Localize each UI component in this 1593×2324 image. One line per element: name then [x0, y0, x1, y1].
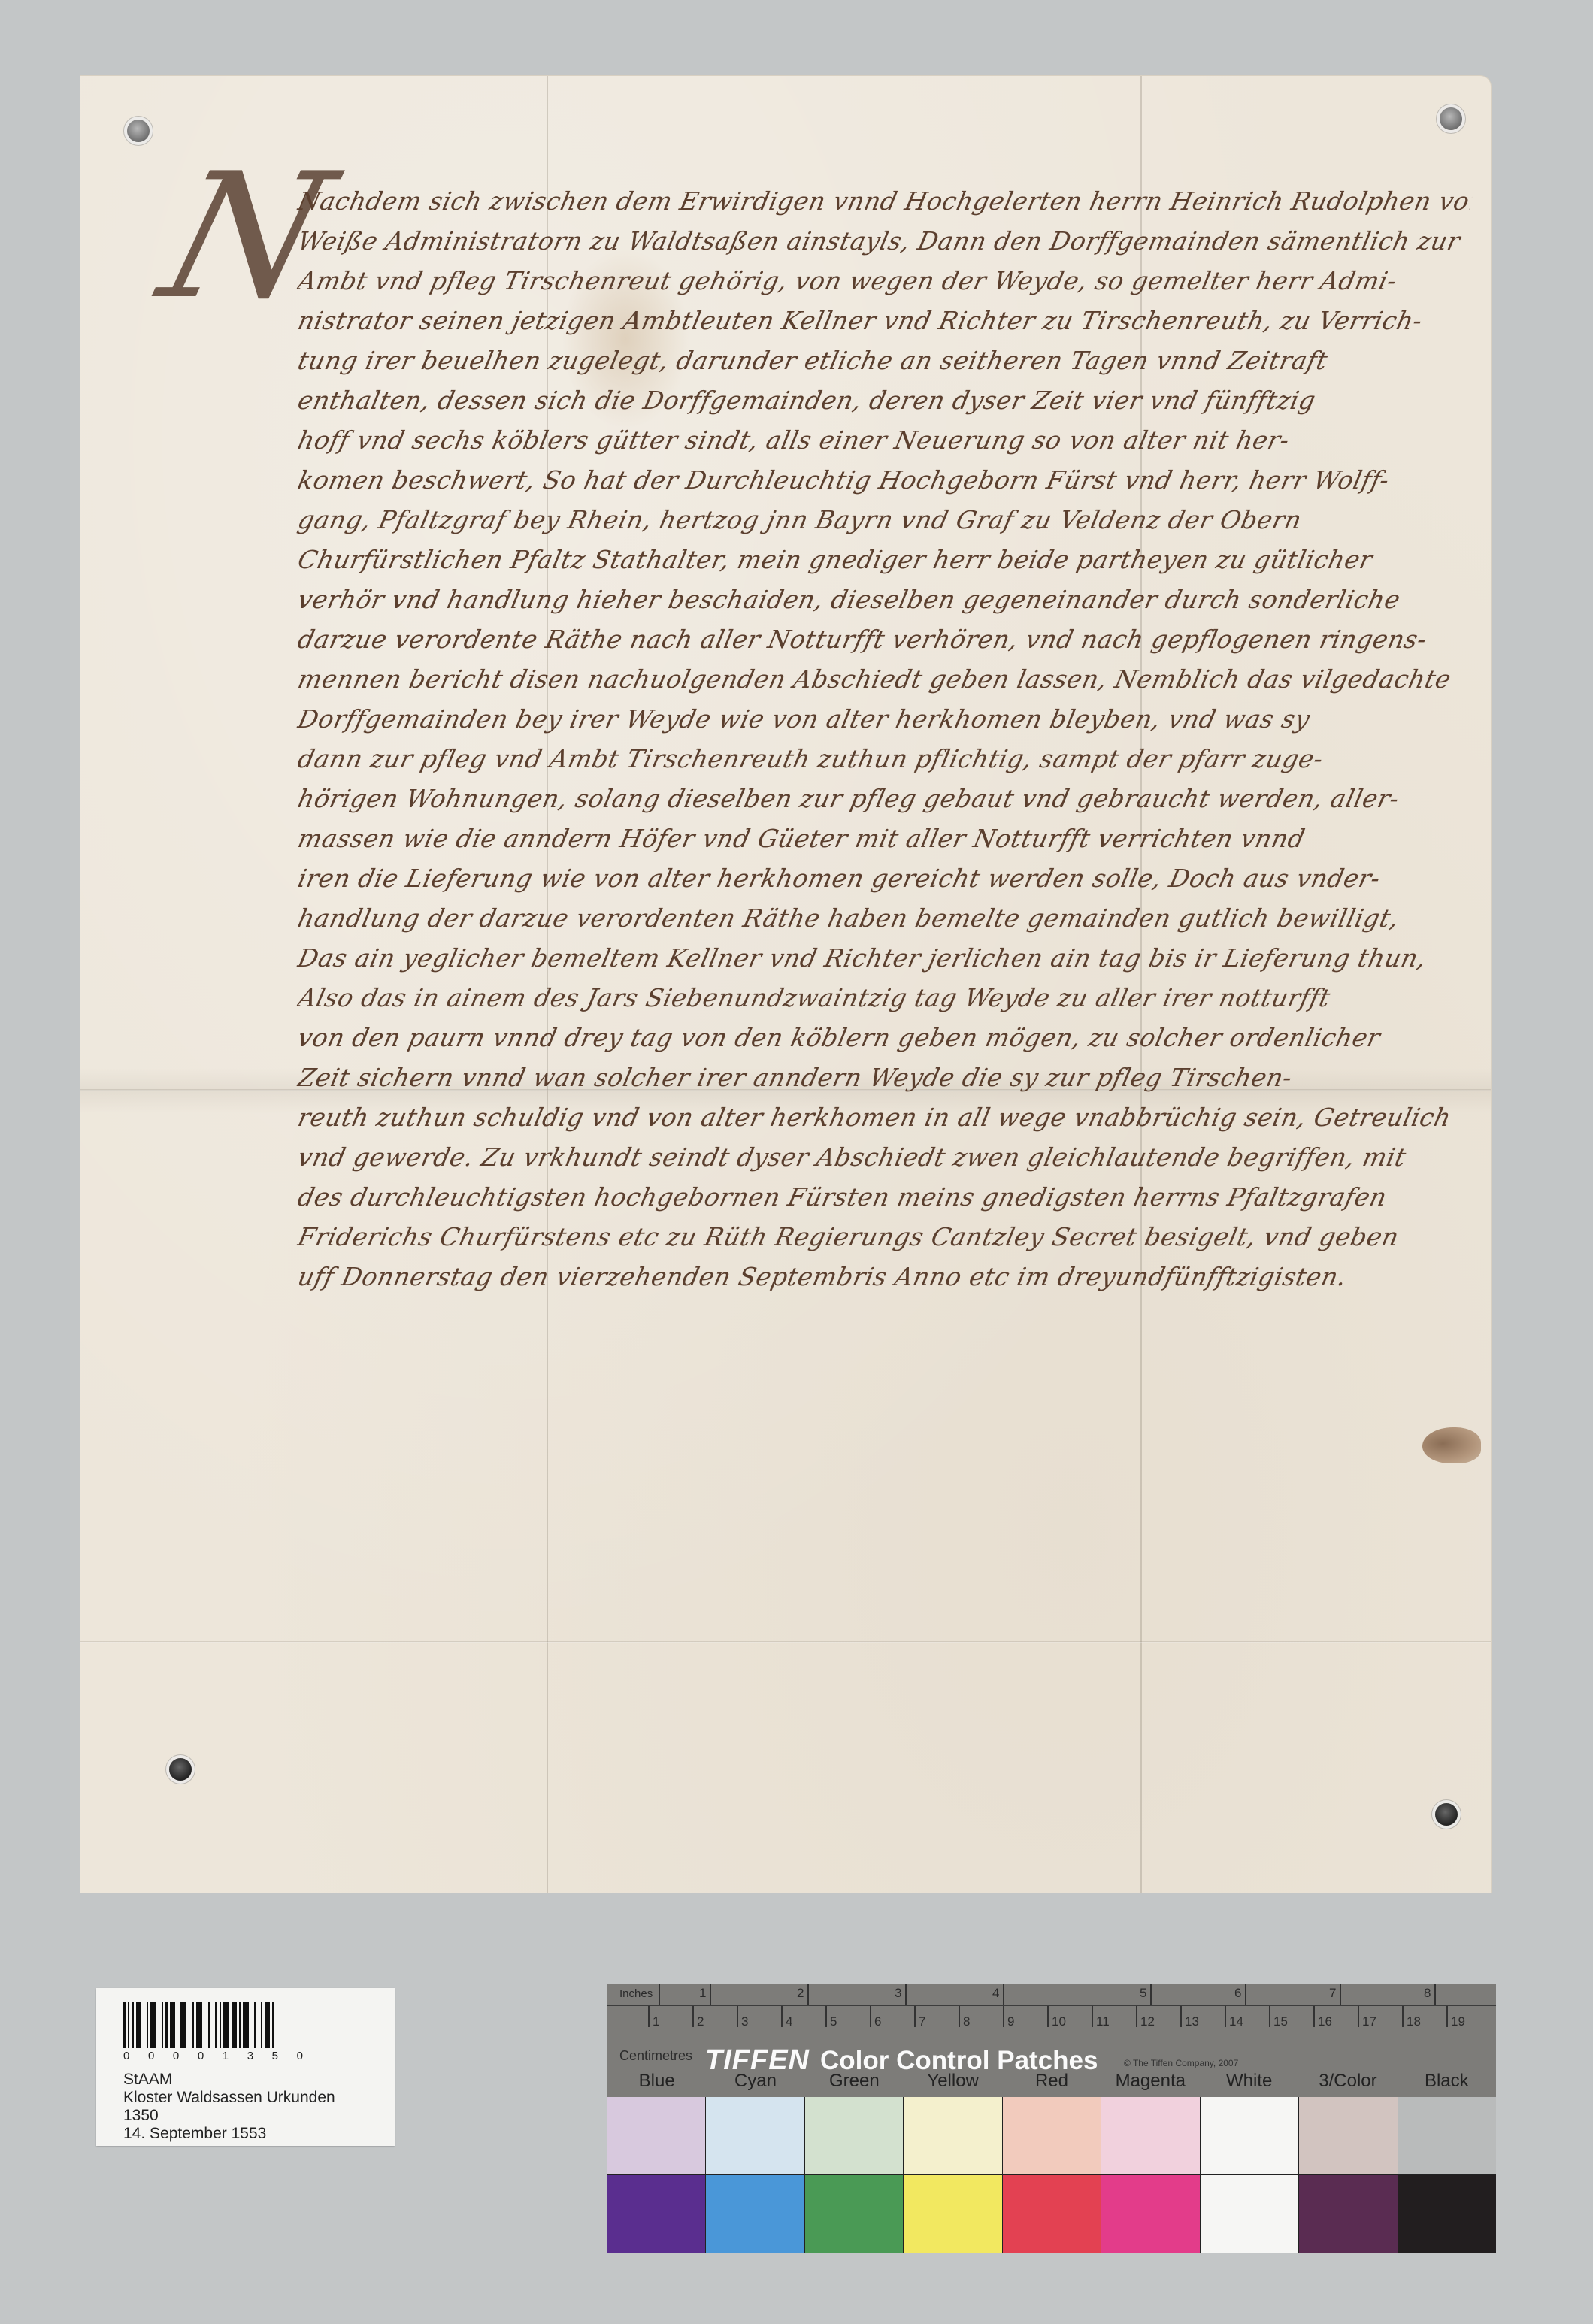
chart-header: Inches 1 2 3 4 5 6 7 8 1 2 3 4 5 6 7 8 9… — [607, 1984, 1496, 2097]
manuscript-line: darzue verordente Räthe nach aller Nottu… — [294, 619, 1475, 659]
ink-stain — [1422, 1427, 1481, 1463]
manuscript-line: nistrator seinen jetzigen Ambtleuten Kel… — [294, 301, 1475, 340]
cm-mark: 12 — [1140, 2014, 1155, 2029]
cm-mark: 14 — [1229, 2014, 1243, 2029]
manuscript-line: Das ain yeglicher bemeltem Kellner vnd R… — [294, 938, 1475, 978]
cm-mark: 16 — [1318, 2014, 1332, 2029]
cm-mark: 15 — [1273, 2014, 1288, 2029]
barcode-digit: 0 — [123, 2050, 130, 2062]
manuscript-line: Nachdem sich zwischen dem Erwirdigen vnn… — [294, 181, 1475, 221]
cm-mark: 1 — [653, 2014, 659, 2029]
manuscript-line: enthalten, dessen sich die Dorffgemainde… — [294, 380, 1475, 420]
manuscript-line: mennen bericht disen nachuolgenden Absch… — [294, 659, 1475, 699]
patch-label-cyan: Cyan — [706, 2071, 804, 2097]
patch-label-white: White — [1200, 2071, 1298, 2097]
cm-mark: 3 — [741, 2014, 748, 2029]
inch-mark: 7 — [1329, 1986, 1336, 2001]
archive-label: 0 0 0 0 1 3 5 0 StAAM Kloster Waldsassen… — [96, 1988, 395, 2146]
manuscript-line: des durchleuchtigsten hochgebornen Fürst… — [294, 1177, 1475, 1217]
manuscript-line: Friderichs Churfürstens etc zu Rüth Regi… — [294, 1217, 1475, 1257]
horizontal-fold-line — [80, 1641, 1491, 1643]
copyright-notice: © The Tiffen Company, 2007 — [1124, 2058, 1238, 2068]
manuscript-line: uff Donnerstag den vierzehenden Septembr… — [294, 1257, 1475, 1297]
barcode — [123, 2002, 277, 2048]
patch-yellow-dark — [903, 2175, 1001, 2253]
manuscript-line: vnd gewerde. Zu vrkhundt seindt dyser Ab… — [294, 1137, 1475, 1177]
light-patch-row — [607, 2097, 1496, 2174]
manuscript-line: hörigen Wohnungen, solang dieselben zur … — [294, 779, 1475, 819]
patch-black-light — [1398, 2097, 1496, 2174]
cm-mark: 11 — [1096, 2014, 1110, 2029]
patch-label-yellow: Yellow — [904, 2071, 1002, 2097]
barcode-digit: 0 — [297, 2050, 304, 2062]
cm-mark: 6 — [874, 2014, 881, 2029]
barcode-digit: 0 — [173, 2050, 180, 2062]
patch-label-3color: 3/Color — [1298, 2071, 1397, 2097]
collection-name: Kloster Waldsassen Urkunden — [123, 2089, 335, 2107]
patch-magenta-dark — [1101, 2175, 1199, 2253]
barcode-number: 0 0 0 0 1 3 5 0 — [123, 2050, 304, 2062]
manuscript-line: hoff vnd sechs köblers gütter sindt, all… — [294, 420, 1475, 460]
punch-hole — [1435, 1803, 1458, 1826]
cm-mark: 19 — [1451, 2014, 1465, 2029]
cm-mark: 2 — [697, 2014, 704, 2029]
manuscript-line: komen beschwert, So hat der Durchleuchti… — [294, 460, 1475, 500]
manuscript-line: reuth zuthun schuldig vnd von alter herk… — [294, 1097, 1475, 1137]
punch-hole — [1440, 107, 1462, 130]
dark-patch-row — [607, 2174, 1496, 2253]
barcode-digit: 0 — [198, 2050, 204, 2062]
cm-mark: 5 — [830, 2014, 837, 2029]
inch-mark: 5 — [1140, 1986, 1146, 2001]
cm-mark: 13 — [1185, 2014, 1199, 2029]
inch-mark: 1 — [699, 1986, 706, 2001]
barcode-digit: 3 — [247, 2050, 254, 2062]
manuscript-line: massen wie die anndern Höfer vnd Güeter … — [294, 819, 1475, 858]
cm-mark: 17 — [1362, 2014, 1376, 2029]
patch-label-magenta: Magenta — [1101, 2071, 1200, 2097]
manuscript-sheet: N Nachdem sich zwischen dem Erwirdigen v… — [80, 76, 1491, 1893]
cm-mark: 8 — [963, 2014, 970, 2029]
manuscript-line: Dorffgemainden bey irer Weyde wie von al… — [294, 699, 1475, 739]
patch-label-blue: Blue — [607, 2071, 706, 2097]
cm-mark: 9 — [1007, 2014, 1014, 2029]
manuscript-line: Also das in ainem des Jars Siebenundzwai… — [294, 978, 1475, 1018]
patch-label-red: Red — [1002, 2071, 1101, 2097]
punch-hole — [169, 1758, 192, 1781]
manuscript-line: Weiße Administratorn zu Waldtsaßen ainst… — [294, 221, 1475, 261]
patch-blue-light — [607, 2097, 705, 2174]
manuscript-line: Ambt vnd pfleg Tirschenreut gehörig, von… — [294, 261, 1475, 301]
inch-mark: 2 — [797, 1986, 804, 2001]
patch-white-dark — [1200, 2175, 1298, 2253]
patch-blue-dark — [607, 2175, 705, 2253]
inch-mark: 8 — [1424, 1986, 1431, 2001]
patch-label-black: Black — [1398, 2071, 1496, 2097]
manuscript-line: tung irer beuelhen zugelegt, darunder et… — [294, 340, 1475, 380]
cm-mark: 10 — [1052, 2014, 1066, 2029]
cm-mark: 4 — [786, 2014, 792, 2029]
patch-cyan-light — [705, 2097, 804, 2174]
patch-magenta-light — [1101, 2097, 1199, 2174]
inch-mark: 3 — [895, 1986, 901, 2001]
document-date: 14. September 1553 — [123, 2125, 335, 2143]
manuscript-line: gang, Pfaltzgraf bey Rhein, hertzog jnn … — [294, 500, 1475, 540]
patch-labels: Blue Cyan Green Yellow Red Magenta White… — [607, 2071, 1496, 2097]
manuscript-line: von den paurn vnnd drey tag von den köbl… — [294, 1018, 1475, 1058]
patch-label-green: Green — [805, 2071, 904, 2097]
patch-3color-dark — [1298, 2175, 1397, 2253]
cm-mark: 18 — [1407, 2014, 1421, 2029]
patch-green-dark — [804, 2175, 903, 2253]
manuscript-line: dann zur pfleg vnd Ambt Tirschenreuth zu… — [294, 739, 1475, 779]
manuscript-text: Nachdem sich zwischen dem Erwirdigen vnn… — [298, 181, 1471, 1297]
inch-mark: 4 — [992, 1986, 999, 2001]
manuscript-line: handlung der darzue verordenten Räthe ha… — [294, 898, 1475, 938]
patch-white-light — [1200, 2097, 1298, 2174]
barcode-digit: 1 — [223, 2050, 229, 2062]
patch-3color-light — [1298, 2097, 1397, 2174]
inch-mark: 6 — [1234, 1986, 1241, 2001]
manuscript-line: Zeit sichern vnnd wan solcher irer annde… — [294, 1058, 1475, 1097]
patch-red-dark — [1002, 2175, 1101, 2253]
manuscript-line: verhör vnd handlung hieher beschaiden, d… — [294, 579, 1475, 619]
manuscript-line: iren die Lieferung wie von alter herkhom… — [294, 858, 1475, 898]
archive-name: StAAM — [123, 2071, 335, 2089]
centimetres-label: Centimetres — [619, 2048, 692, 2064]
barcode-digit: 5 — [272, 2050, 279, 2062]
color-control-chart: Inches 1 2 3 4 5 6 7 8 1 2 3 4 5 6 7 8 9… — [607, 1984, 1496, 2255]
manuscript-line: Churfürstlichen Pfaltz Stathalter, mein … — [294, 540, 1475, 579]
patch-yellow-light — [903, 2097, 1001, 2174]
patch-black-dark — [1398, 2175, 1496, 2253]
patch-green-light — [804, 2097, 903, 2174]
patch-cyan-dark — [705, 2175, 804, 2253]
patch-red-light — [1002, 2097, 1101, 2174]
cm-mark: 7 — [919, 2014, 925, 2029]
barcode-digit: 0 — [148, 2050, 155, 2062]
punch-hole — [127, 120, 150, 142]
label-text: StAAM Kloster Waldsassen Urkunden 1350 1… — [123, 2071, 335, 2143]
inches-label: Inches — [619, 1987, 653, 2000]
inch-ruler: Inches 1 2 3 4 5 6 7 8 — [607, 1984, 1496, 2006]
document-number: 1350 — [123, 2107, 335, 2125]
